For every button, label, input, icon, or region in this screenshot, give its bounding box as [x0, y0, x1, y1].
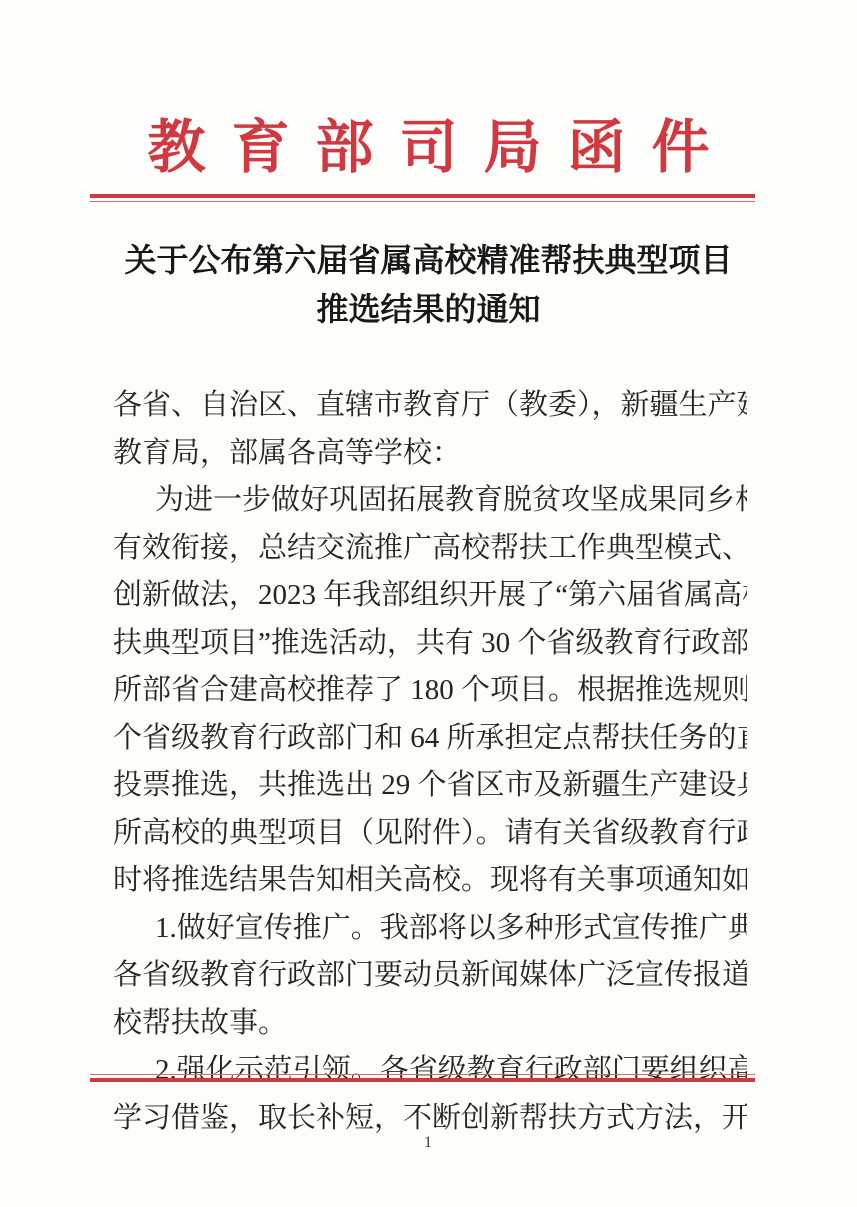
document-title-line2: 推选结果的通知 — [0, 285, 857, 334]
body-line: 时将推选结果告知相关高校。现将有关事项通知如下： — [113, 857, 747, 905]
letterhead-title: 教育部司局函件 — [0, 100, 857, 184]
body-line: 投票推选，共推选出 29 个省区市及新疆生产建设兵团的 61 — [113, 762, 747, 810]
document-title: 关于公布第六届省属高校精准帮扶典型项目 推选结果的通知 — [0, 236, 857, 334]
body-line: 个省级教育行政部门和 64 所承担定点帮扶任务的直属高校 — [113, 715, 747, 763]
body-line: 所高校的典型项目（见附件）。请有关省级教育行政部门及 — [113, 810, 747, 858]
body-line: 所部省合建高校推荐了 180 个项目。根据推选规则，经 32 — [113, 667, 747, 715]
footer-separator — [90, 1074, 755, 1082]
body-line: 创新做法，2023 年我部组织开展了“第六届省属高校精准帮 — [113, 572, 747, 620]
body-line: 1.做好宣传推广。我部将以多种形式宣传推广典型项目， — [113, 905, 747, 953]
header-separator-thin-rule — [90, 201, 755, 202]
body-line: 各省、自治区、直辖市教育厅（教委），新疆生产建设兵团 — [113, 382, 747, 430]
body-line: 2.强化示范引领。各省级教育行政部门要组织高校相互 — [113, 1047, 747, 1095]
document-title-line1: 关于公布第六届省属高校精准帮扶典型项目 — [0, 236, 857, 285]
footer-separator-thick-rule — [90, 1078, 755, 1082]
document-body: 各省、自治区、直辖市教育厅（教委），新疆生产建设兵团 教育局，部属各高等学校： … — [113, 382, 747, 1142]
header-separator — [90, 194, 755, 202]
document-page: 教育部司局函件 关于公布第六届省属高校精准帮扶典型项目 推选结果的通知 各省、自… — [0, 0, 857, 1207]
body-line: 各省级教育行政部门要动员新闻媒体广泛宣传报道，讲好高 — [113, 952, 747, 1000]
footer-separator-thin-rule — [90, 1074, 755, 1075]
header-separator-thick-rule — [90, 194, 755, 198]
body-line: 扶典型项目”推选活动，共有 30 个省级教育行政部门和 11 — [113, 620, 747, 668]
body-line: 教育局，部属各高等学校： — [113, 430, 747, 478]
body-line: 校帮扶故事。 — [113, 1000, 747, 1048]
body-line: 为进一步做好巩固拓展教育脱贫攻坚成果同乡村振兴 — [113, 477, 747, 525]
body-line: 有效衔接，总结交流推广高校帮扶工作典型模式、成功案例、 — [113, 525, 747, 573]
page-number: 1 — [0, 1134, 857, 1152]
